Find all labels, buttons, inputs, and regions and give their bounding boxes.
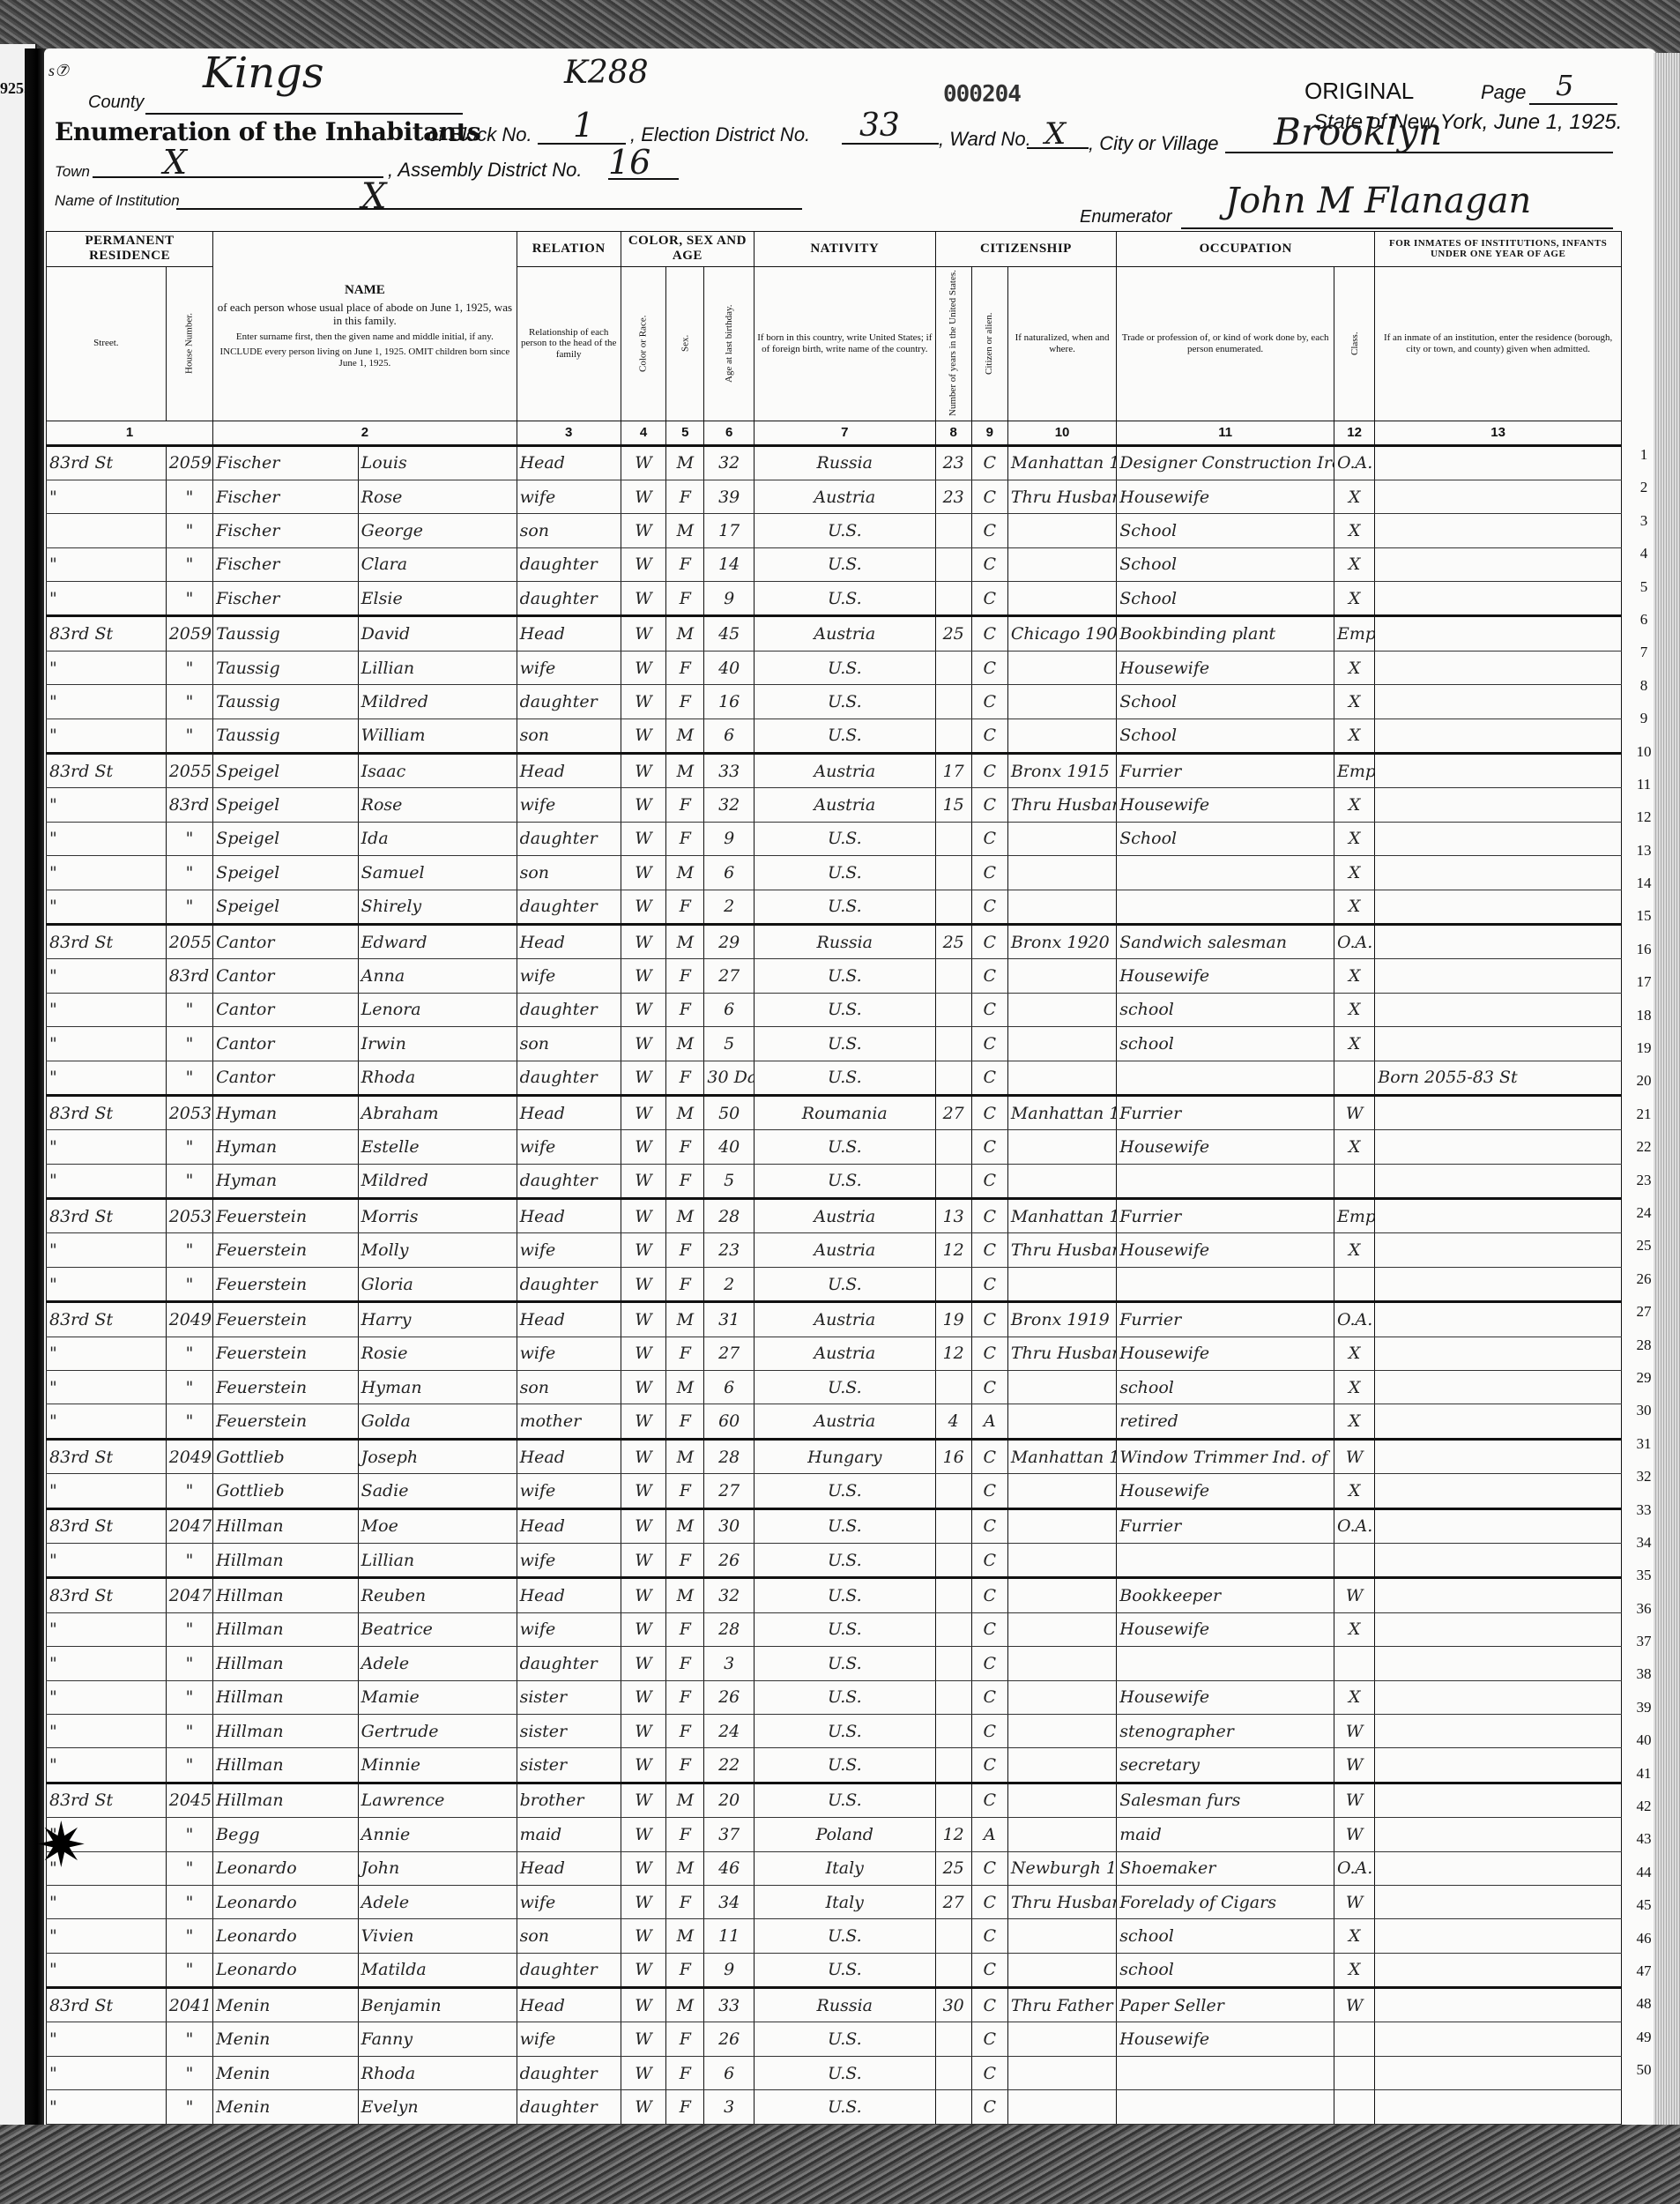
given-name-cell: Abraham xyxy=(358,1095,517,1129)
institution-residence-cell xyxy=(1375,1851,1622,1885)
occupation-cell: School xyxy=(1117,547,1334,581)
years-in-us-cell: 16 xyxy=(935,1439,971,1473)
class-cell: X xyxy=(1334,1027,1375,1061)
citizen-alien-cell: C xyxy=(971,1061,1007,1095)
institution-residence-cell xyxy=(1375,1233,1622,1267)
nativity-cell: U.S. xyxy=(754,1919,935,1953)
line-number: 44 xyxy=(1631,1856,1657,1888)
house-number-cell: " xyxy=(166,582,212,616)
census-row: ""FischerRosewifeWF39Austria23CThru Husb… xyxy=(47,480,1622,513)
class-cell: Emp xyxy=(1334,754,1375,788)
ref-code: K288 xyxy=(564,55,649,91)
surname-cell: Menin xyxy=(213,2022,359,2056)
census-row: ""GottliebSadiewifeWF27U.S.CHousewifeX xyxy=(47,1474,1622,1508)
institution-residence-cell xyxy=(1375,754,1622,788)
given-name-cell: Annie xyxy=(358,1818,517,1851)
naturalized-cell: Thru Husband xyxy=(1007,1885,1116,1918)
line-number: 35 xyxy=(1631,1559,1657,1591)
surname-cell: Cantor xyxy=(213,959,359,993)
class-cell: X xyxy=(1334,1130,1375,1164)
street-cell: " xyxy=(47,719,167,753)
color-cell: W xyxy=(621,1267,665,1301)
census-row: ""FeuersteinHymansonWM6U.S.CschoolX xyxy=(47,1371,1622,1404)
given-name-cell: Mildred xyxy=(358,685,517,719)
surname-cell: Taussig xyxy=(213,616,359,651)
years-in-us-cell xyxy=(935,2056,971,2089)
citizen-alien-cell: C xyxy=(971,1680,1007,1714)
naturalized-cell xyxy=(1007,514,1116,547)
given-name-cell: Adele xyxy=(358,1885,517,1918)
street-cell: 83rd St xyxy=(47,1302,167,1337)
sex-cell: F xyxy=(666,1474,704,1508)
occupation-cell: Housewife xyxy=(1117,651,1334,684)
given-name-cell: Adele xyxy=(358,1647,517,1680)
county-line xyxy=(145,113,463,115)
census-row: ""MeninFannywifeWF26U.S.CHousewife xyxy=(47,2022,1622,2056)
occupation-cell: Bookbinding plant xyxy=(1117,616,1334,651)
given-name-cell: Irwin xyxy=(358,1027,517,1061)
header-house-number: House Number. xyxy=(166,266,212,421)
age-cell: 33 xyxy=(704,1988,755,2022)
surname-cell: Menin xyxy=(213,1988,359,2022)
surname-cell: Feuerstein xyxy=(213,1371,359,1404)
institution-residence-cell xyxy=(1375,993,1622,1026)
institution-residence-cell xyxy=(1375,1748,1622,1783)
age-cell: 22 xyxy=(704,1748,755,1783)
census-row: ""CantorIrwinsonWM5U.S.CschoolX xyxy=(47,1027,1622,1061)
class-cell xyxy=(1334,2056,1375,2089)
class-cell: W xyxy=(1334,1818,1375,1851)
class-cell: X xyxy=(1334,547,1375,581)
class-cell: X xyxy=(1334,719,1375,753)
occupation-cell: stenographer xyxy=(1117,1714,1334,1747)
class-cell xyxy=(1334,1647,1375,1680)
nativity-cell: U.S. xyxy=(754,856,935,890)
naturalized-cell xyxy=(1007,822,1116,855)
line-number: 9 xyxy=(1631,702,1657,734)
nativity-cell: Austria xyxy=(754,1233,935,1267)
age-cell: 9 xyxy=(704,582,755,616)
census-row: ""LeonardoViviensonWM11U.S.CschoolX xyxy=(47,1919,1622,1953)
nativity-cell: Poland xyxy=(754,1818,935,1851)
header-occupation-desc: Trade or profession of, or kind of work … xyxy=(1117,266,1334,421)
occupation-cell: Housewife xyxy=(1117,1233,1334,1267)
sex-cell: F xyxy=(666,480,704,513)
sex-cell: F xyxy=(666,1647,704,1680)
naturalized-cell xyxy=(1007,993,1116,1026)
page-label: Page xyxy=(1481,81,1526,104)
sex-cell: M xyxy=(666,1578,704,1612)
relation-cell: daughter xyxy=(517,822,621,855)
relation-cell: Head xyxy=(517,1851,621,1885)
class-cell: X xyxy=(1334,1233,1375,1267)
color-cell: W xyxy=(621,890,665,924)
block-label: of Block No. xyxy=(427,123,532,146)
given-name-cell: Mamie xyxy=(358,1680,517,1714)
citizen-alien-cell: C xyxy=(971,1233,1007,1267)
header-age: Age at last birthday. xyxy=(704,266,755,421)
house-number-cell: " xyxy=(166,651,212,684)
street-cell: " xyxy=(47,1748,167,1783)
citizen-alien-cell: C xyxy=(971,719,1007,753)
color-cell: W xyxy=(621,1371,665,1404)
header-institutions: FOR INMATES OF INSTITUTIONS, INFANTS UND… xyxy=(1375,232,1622,267)
nativity-cell: Austria xyxy=(754,480,935,513)
years-in-us-cell: 19 xyxy=(935,1302,971,1337)
sex-cell: F xyxy=(666,993,704,1026)
line-number: 2 xyxy=(1631,471,1657,503)
surname-cell: Leonardo xyxy=(213,1953,359,1987)
institution-residence-cell xyxy=(1375,547,1622,581)
nativity-cell: U.S. xyxy=(754,1371,935,1404)
citizen-alien-cell: C xyxy=(971,1748,1007,1783)
nativity-cell: U.S. xyxy=(754,1714,935,1747)
nativity-cell: U.S. xyxy=(754,1164,935,1198)
house-number-cell: " xyxy=(166,1818,212,1851)
house-number-cell: " xyxy=(166,1337,212,1370)
institution-residence-cell xyxy=(1375,1919,1622,1953)
relation-cell: daughter xyxy=(517,685,621,719)
line-number: 16 xyxy=(1631,933,1657,965)
years-in-us-cell xyxy=(935,959,971,993)
class-cell xyxy=(1334,1267,1375,1301)
census-row: ""HillmanMamiesisterWF26U.S.CHousewifeX xyxy=(47,1680,1622,1714)
surname-cell: Cantor xyxy=(213,924,359,958)
class-cell xyxy=(1334,1061,1375,1095)
years-in-us-cell: 25 xyxy=(935,1851,971,1885)
institution-residence-cell xyxy=(1375,685,1622,719)
years-in-us-cell: 13 xyxy=(935,1199,971,1233)
census-row: ""SpeigelShirelydaughterWF2U.S.CX xyxy=(47,890,1622,924)
color-cell: W xyxy=(621,616,665,651)
surname-cell: Fischer xyxy=(213,582,359,616)
line-number: 18 xyxy=(1631,999,1657,1031)
line-number: 23 xyxy=(1631,1164,1657,1196)
given-name-cell: Benjamin xyxy=(358,1988,517,2022)
surname-cell: Hyman xyxy=(213,1164,359,1198)
occupation-cell xyxy=(1117,1267,1334,1301)
naturalized-cell xyxy=(1007,2056,1116,2089)
class-cell: X xyxy=(1334,959,1375,993)
given-name-cell: Louis xyxy=(358,445,517,480)
census-row: ""HymanMildreddaughterWF5U.S.C xyxy=(47,1164,1622,1198)
line-number: 32 xyxy=(1631,1460,1657,1493)
class-cell: Emp xyxy=(1334,616,1375,651)
header-name-desc: of each person whose usual place of abod… xyxy=(215,302,514,328)
surname-cell: Hillman xyxy=(213,1508,359,1543)
given-name-cell: George xyxy=(358,514,517,547)
class-cell: O.A. xyxy=(1334,924,1375,958)
citizen-alien-cell: A xyxy=(971,1404,1007,1439)
color-cell: W xyxy=(621,993,665,1026)
surname-cell: Hillman xyxy=(213,1544,359,1578)
color-cell: W xyxy=(621,1714,665,1747)
color-cell: W xyxy=(621,1578,665,1612)
nativity-cell: U.S. xyxy=(754,890,935,924)
occupation-cell: school xyxy=(1117,1919,1334,1953)
street-cell: " xyxy=(47,582,167,616)
street-cell: " xyxy=(47,1953,167,1987)
years-in-us-cell xyxy=(935,856,971,890)
house-number-cell: 2055 xyxy=(166,924,212,958)
given-name-cell: Estelle xyxy=(358,1130,517,1164)
header-name-instr1: Enter surname first, then the given name… xyxy=(215,331,514,343)
relation-cell: wife xyxy=(517,1612,621,1646)
sex-cell: F xyxy=(666,547,704,581)
relation-cell: son xyxy=(517,1919,621,1953)
census-row: 83rd St2045HillmanLawrencebrotherWM20U.S… xyxy=(47,1783,1622,1817)
line-number: 38 xyxy=(1631,1657,1657,1690)
surname-cell: Hillman xyxy=(213,1612,359,1646)
age-cell: 14 xyxy=(704,547,755,581)
street-cell: 83rd St xyxy=(47,1439,167,1473)
given-name-cell: Moe xyxy=(358,1508,517,1543)
header-permanent-residence: PERMANENT RESIDENCE xyxy=(47,232,213,267)
naturalized-cell xyxy=(1007,1919,1116,1953)
occupation-cell: Forelady of Cigars xyxy=(1117,1885,1334,1918)
years-in-us-cell xyxy=(935,1508,971,1543)
sex-cell: F xyxy=(666,2056,704,2089)
street-cell: " xyxy=(47,480,167,513)
col-num-10: 10 xyxy=(1007,421,1116,445)
house-number-cell: 2059 xyxy=(166,445,212,480)
occupation-cell: Sandwich salesman xyxy=(1117,924,1334,958)
institution-residence-cell xyxy=(1375,2022,1622,2056)
given-name-cell: Lillian xyxy=(358,651,517,684)
years-in-us-cell xyxy=(935,1919,971,1953)
relation-cell: wife xyxy=(517,1233,621,1267)
citizen-alien-cell: C xyxy=(971,1302,1007,1337)
age-cell: 33 xyxy=(704,754,755,788)
relation-cell: son xyxy=(517,719,621,753)
relation-cell: wife xyxy=(517,2022,621,2056)
naturalized-cell xyxy=(1007,1404,1116,1439)
census-row: ""LeonardoAdelewifeWF34Italy27CThru Husb… xyxy=(47,1885,1622,1918)
election-district-label: , Election District No. xyxy=(630,123,810,146)
class-cell: W xyxy=(1334,1714,1375,1747)
house-number-cell: " xyxy=(166,1647,212,1680)
street-cell: " xyxy=(47,2056,167,2089)
citizen-alien-cell: C xyxy=(971,754,1007,788)
header-color-sex-age: COLOR, SEX AND AGE xyxy=(621,232,754,267)
institution-residence-cell xyxy=(1375,1371,1622,1404)
citizen-alien-cell: C xyxy=(971,685,1007,719)
years-in-us-cell: 12 xyxy=(935,1233,971,1267)
citizen-alien-cell: C xyxy=(971,480,1007,513)
given-name-cell: Edward xyxy=(358,924,517,958)
given-name-cell: Rosie xyxy=(358,1337,517,1370)
age-cell: 28 xyxy=(704,1612,755,1646)
sex-cell: F xyxy=(666,1130,704,1164)
naturalized-cell xyxy=(1007,1267,1116,1301)
nativity-cell: Austria xyxy=(754,1337,935,1370)
street-cell: " xyxy=(47,856,167,890)
citizen-alien-cell: C xyxy=(971,993,1007,1026)
street-cell: " xyxy=(47,1164,167,1198)
institution-residence-cell xyxy=(1375,1680,1622,1714)
naturalized-cell: Manhattan 1918 xyxy=(1007,1199,1116,1233)
line-number: 45 xyxy=(1631,1888,1657,1921)
occupation-cell: school xyxy=(1117,993,1334,1026)
line-number: 46 xyxy=(1631,1922,1657,1955)
line-number: 22 xyxy=(1631,1130,1657,1163)
census-table: PERMANENT RESIDENCE NAME of each person … xyxy=(46,231,1622,2158)
sex-cell: M xyxy=(666,1783,704,1817)
line-number: 36 xyxy=(1631,1592,1657,1625)
institution-residence-cell xyxy=(1375,1544,1622,1578)
sex-cell: F xyxy=(666,1233,704,1267)
years-in-us-cell xyxy=(935,1612,971,1646)
age-cell: 6 xyxy=(704,993,755,1026)
sex-cell: F xyxy=(666,651,704,684)
color-cell: W xyxy=(621,1130,665,1164)
line-number: 50 xyxy=(1631,2053,1657,2086)
header-street: Street. xyxy=(47,266,167,421)
color-cell: W xyxy=(621,754,665,788)
relation-cell: Head xyxy=(517,1988,621,2022)
naturalized-cell xyxy=(1007,856,1116,890)
relation-cell: son xyxy=(517,1027,621,1061)
street-cell: 83rd St xyxy=(47,924,167,958)
house-number-cell: 2041 xyxy=(166,1988,212,2022)
citizen-alien-cell: C xyxy=(971,616,1007,651)
nativity-cell: Italy xyxy=(754,1851,935,1885)
occupation-cell: Salesman furs xyxy=(1117,1783,1334,1817)
census-row: 83rd St2047HillmanReubenHeadWM32U.S.CBoo… xyxy=(47,1578,1622,1612)
relation-cell: daughter xyxy=(517,1267,621,1301)
class-cell: W xyxy=(1334,1439,1375,1473)
street-cell: " xyxy=(47,685,167,719)
header-name-instr2: INCLUDE every person living on June 1, 1… xyxy=(215,346,514,369)
nativity-cell: U.S. xyxy=(754,2090,935,2124)
naturalized-cell xyxy=(1007,1748,1116,1783)
institution-residence-cell xyxy=(1375,514,1622,547)
nativity-cell: U.S. xyxy=(754,547,935,581)
surname-cell: Speigel xyxy=(213,754,359,788)
years-in-us-cell xyxy=(935,1061,971,1095)
surname-cell: Cantor xyxy=(213,1061,359,1095)
house-number-cell: 2047 xyxy=(166,1508,212,1543)
institution-residence-cell xyxy=(1375,582,1622,616)
house-number-cell: 2047 xyxy=(166,1578,212,1612)
given-name-cell: Rose xyxy=(358,788,517,822)
citizen-alien-cell: C xyxy=(971,959,1007,993)
enumerator-line xyxy=(1181,227,1613,229)
years-in-us-cell xyxy=(935,582,971,616)
nativity-cell: U.S. xyxy=(754,651,935,684)
color-cell: W xyxy=(621,1508,665,1543)
house-number-cell: " xyxy=(166,1233,212,1267)
line-number: 28 xyxy=(1631,1329,1657,1361)
relation-cell: daughter xyxy=(517,582,621,616)
nativity-cell: Hungary xyxy=(754,1439,935,1473)
naturalized-cell xyxy=(1007,1164,1116,1198)
house-number-cell: " xyxy=(166,1371,212,1404)
sex-cell: F xyxy=(666,788,704,822)
line-number-column: 1234567891011121314151617181920212223242… xyxy=(1631,438,1657,2087)
class-cell: X xyxy=(1334,480,1375,513)
surname-cell: Feuerstein xyxy=(213,1337,359,1370)
nativity-cell: Austria xyxy=(754,754,935,788)
occupation-cell: Housewife xyxy=(1117,1612,1334,1646)
census-row: ""FischerClaradaughterWF14U.S.CSchoolX xyxy=(47,547,1622,581)
naturalized-cell xyxy=(1007,1953,1116,1987)
citizen-alien-cell: C xyxy=(971,1988,1007,2022)
nativity-cell: U.S. xyxy=(754,1130,935,1164)
house-number-cell: " xyxy=(166,1885,212,1918)
given-name-cell: William xyxy=(358,719,517,753)
given-name-cell: Matilda xyxy=(358,1953,517,1987)
sex-cell: F xyxy=(666,1748,704,1783)
nativity-cell: Austria xyxy=(754,1302,935,1337)
sex-cell: F xyxy=(666,1337,704,1370)
age-cell: 3 xyxy=(704,1647,755,1680)
naturalized-cell xyxy=(1007,1680,1116,1714)
line-number: 19 xyxy=(1631,1031,1657,1064)
header-naturalized: If naturalized, when and where. xyxy=(1007,266,1116,421)
years-in-us-cell: 15 xyxy=(935,788,971,822)
class-cell: W xyxy=(1334,1988,1375,2022)
census-row: ""FeuersteinGloriadaughterWF2U.S.C xyxy=(47,1267,1622,1301)
header-years-us: Number of years in the United States. xyxy=(935,266,971,421)
header-institutions-desc: If an inmate of an institution, enter th… xyxy=(1375,266,1622,421)
relation-cell: mother xyxy=(517,1404,621,1439)
given-name-cell: Evelyn xyxy=(358,2090,517,2124)
nativity-cell: U.S. xyxy=(754,719,935,753)
institution-residence-cell xyxy=(1375,1404,1622,1439)
institution-residence-cell xyxy=(1375,2056,1622,2089)
occupation-cell: school xyxy=(1117,1953,1334,1987)
years-in-us-cell xyxy=(935,514,971,547)
citizen-alien-cell: C xyxy=(971,1544,1007,1578)
header-relation-desc: Relationship of each person to the head … xyxy=(517,266,621,421)
assembly-label: , Assembly District No. xyxy=(388,159,582,182)
institution-residence-cell xyxy=(1375,924,1622,958)
line-number: 42 xyxy=(1631,1790,1657,1822)
street-cell: " xyxy=(47,1061,167,1095)
house-number-cell: " xyxy=(166,514,212,547)
relation-cell: daughter xyxy=(517,2056,621,2089)
citizen-alien-cell: C xyxy=(971,1095,1007,1129)
occupation-cell: Bookkeeper xyxy=(1117,1578,1334,1612)
street-cell: " xyxy=(47,1885,167,1918)
citizen-alien-cell: C xyxy=(971,2090,1007,2124)
class-cell xyxy=(1334,2022,1375,2056)
relation-cell: son xyxy=(517,856,621,890)
naturalized-cell xyxy=(1007,1027,1116,1061)
age-cell: 30 xyxy=(704,1508,755,1543)
street-cell: 83rd St xyxy=(47,1578,167,1612)
naturalized-cell xyxy=(1007,547,1116,581)
years-in-us-cell: 27 xyxy=(935,1095,971,1129)
given-name-cell: Molly xyxy=(358,1233,517,1267)
sex-cell: F xyxy=(666,959,704,993)
citizen-alien-cell: C xyxy=(971,1439,1007,1473)
star-marker-icon: ✷ xyxy=(35,1816,87,1878)
color-cell: W xyxy=(621,1302,665,1337)
age-cell: 29 xyxy=(704,924,755,958)
header-class: Class. xyxy=(1334,266,1375,421)
color-cell: W xyxy=(621,2090,665,2124)
relation-cell: sister xyxy=(517,1680,621,1714)
class-cell xyxy=(1334,2090,1375,2124)
citizen-alien-cell: C xyxy=(971,445,1007,480)
sex-cell: M xyxy=(666,1027,704,1061)
citizen-alien-cell: C xyxy=(971,890,1007,924)
line-number: 14 xyxy=(1631,867,1657,899)
county-value: Kings xyxy=(203,48,323,98)
nativity-cell: U.S. xyxy=(754,822,935,855)
